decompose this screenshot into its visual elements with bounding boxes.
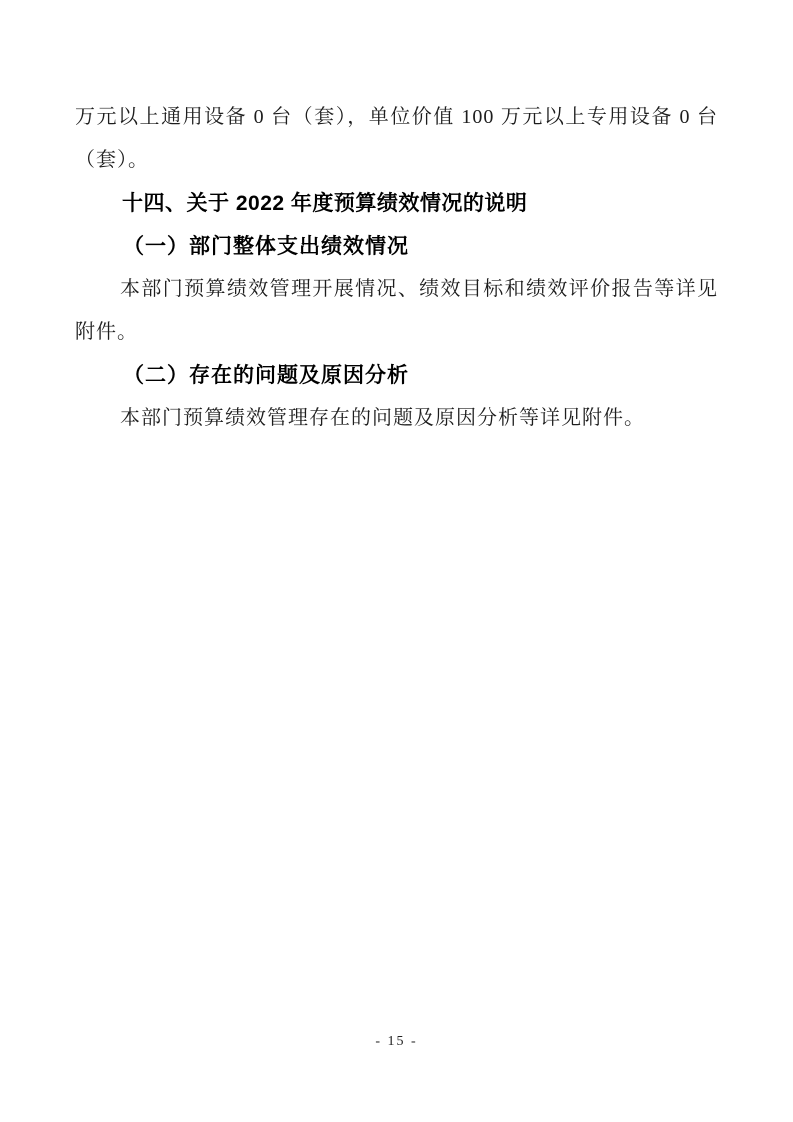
continuation-paragraph-line-1: 万元以上通用设备 0 台（套），单位价值 100 万元以上专用设备 0 台 [75, 96, 718, 139]
document-content: 万元以上通用设备 0 台（套），单位价值 100 万元以上专用设备 0 台 （套… [75, 96, 718, 440]
section-heading-fourteen: 十四、关于 2022 年度预算绩效情况的说明 [75, 182, 718, 225]
document-page: 万元以上通用设备 0 台（套），单位价值 100 万元以上专用设备 0 台 （套… [0, 0, 793, 1122]
section1-paragraph-line-2: 附件。 [75, 311, 718, 354]
section2-paragraph: 本部门预算绩效管理存在的问题及原因分析等详见附件。 [75, 397, 718, 440]
subsection-title-2: （二）存在的问题及原因分析 [75, 354, 718, 397]
subsection-title-1: （一）部门整体支出绩效情况 [75, 225, 718, 268]
continuation-paragraph-line-2: （套）。 [75, 139, 718, 182]
page-number: - 15 - [0, 1032, 793, 1052]
section1-paragraph-line-1: 本部门预算绩效管理开展情况、绩效目标和绩效评价报告等详见 [75, 268, 718, 311]
